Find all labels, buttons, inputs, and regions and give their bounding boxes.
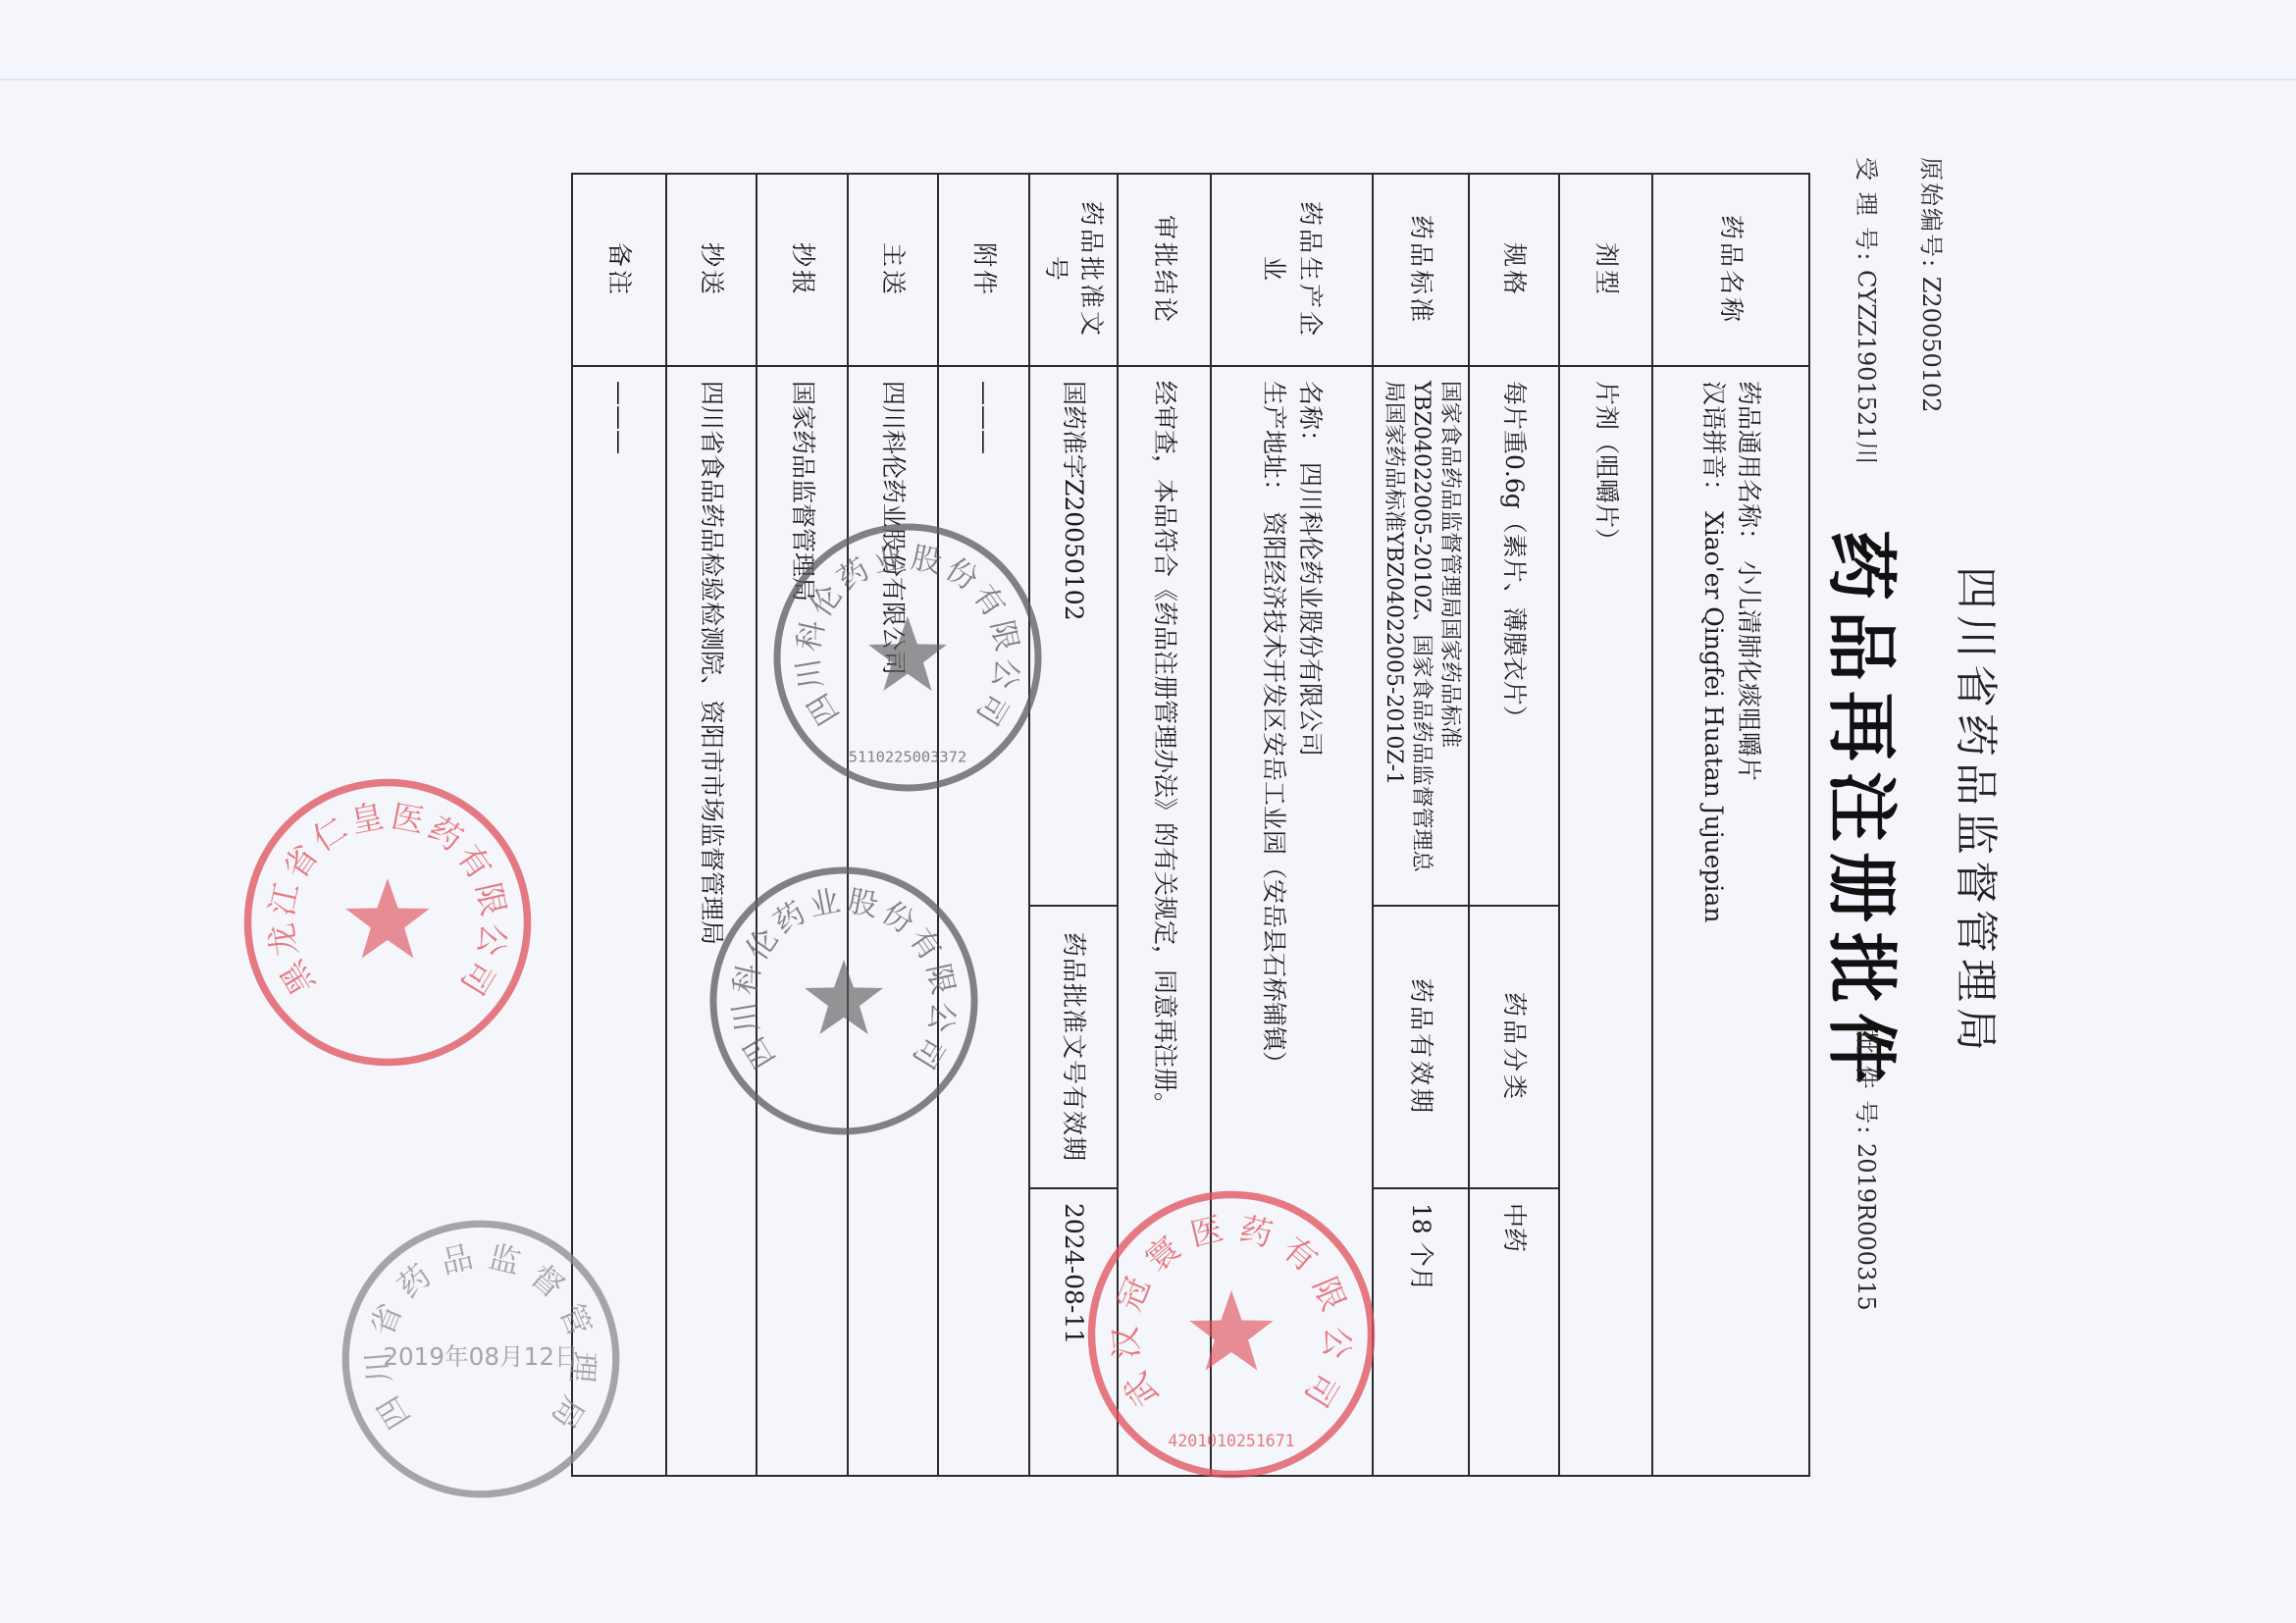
value-main-recipient: 四川科伦药业股份有限公司 — [848, 366, 938, 1476]
row-drug-name: 药品名称 药品通用名称： 小儿清肺化痰咀嚼片 汉语拼音： Xiao'er Qin… — [1652, 174, 1809, 1476]
label-main-recipient: 主送 — [848, 174, 938, 366]
row-standard: 药品标准 国家食品药品监督管理局国家药品标准YBZ04022005-2010Z、… — [1373, 174, 1469, 1476]
svg-text:医: 医 — [389, 797, 428, 841]
svg-text:皇: 皇 — [347, 797, 387, 841]
svg-text:药: 药 — [391, 1257, 439, 1306]
row-copy-to: 抄送 四川省食品药品检验检测院、资阳市市场监督管理局 — [666, 174, 757, 1476]
svg-text:2019年08月12日: 2019年08月12日 — [383, 1342, 578, 1371]
value-manufacturer: 名称： 四川科伦药业股份有限公司 生产地址： 资阳经济技术开发区安岳工业园（安岳… — [1211, 366, 1373, 1476]
red-company-seal: 黑龙江省仁皇医药有限公司 — [240, 775, 535, 1070]
generic-name: 药品通用名称： 小儿清肺化痰咀嚼片 — [1731, 381, 1766, 1461]
svg-text:省: 省 — [363, 1298, 409, 1341]
value-copy-to: 四川省食品药品检验检测院、资阳市市场监督管理局 — [666, 366, 757, 1476]
row-specification: 规格 每片重0.6g（素片、薄膜衣片） 药品分类 中药 — [1469, 174, 1559, 1476]
svg-text:龙: 龙 — [262, 920, 305, 959]
registration-table: 药品名称 药品通用名称： 小儿清肺化痰咀嚼片 汉语拼音： Xiao'er Qin… — [571, 173, 1810, 1477]
label-approval-validity: 药品批准文号有效期 — [1029, 906, 1118, 1188]
svg-text:司: 司 — [453, 954, 502, 1002]
svg-text:黑: 黑 — [272, 953, 322, 1001]
label-drug-category: 药品分类 — [1469, 906, 1559, 1188]
label-attachment: 附件 — [938, 174, 1029, 366]
svg-text:公: 公 — [471, 920, 514, 959]
svg-text:督: 督 — [523, 1257, 571, 1306]
value-standard: 国家食品药品监督管理局国家药品标准YBZ04022005-2010Z、国家食品药… — [1373, 366, 1469, 906]
approval-document-number: 批 件 号: 2019R000315 — [1852, 1030, 1886, 1311]
label-specification: 规格 — [1469, 174, 1559, 366]
value-specification: 每片重0.6g（素片、薄膜衣片） — [1469, 366, 1559, 906]
label-manufacturer: 药品生产企业 — [1211, 174, 1373, 366]
original-number: 原始编号: Z20050102 — [1916, 157, 1951, 413]
svg-text:药: 药 — [422, 809, 470, 859]
svg-text:监: 监 — [485, 1237, 524, 1281]
manufacturer-name: 名称： 四川科伦药业股份有限公司 — [1292, 381, 1328, 1461]
label-report-to: 抄报 — [757, 174, 848, 366]
label-standard: 药品标准 — [1373, 174, 1469, 366]
value-approval-number: 国药准字Z20050102 — [1029, 366, 1118, 906]
value-report-to: 国家药品监督管理局 — [757, 366, 848, 1476]
svg-text:省: 省 — [276, 838, 326, 886]
row-approval-number: 药品批准文号 国药准字Z20050102 药品批准文号有效期 2024-08-1… — [1029, 174, 1118, 1476]
row-manufacturer: 药品生产企业 名称： 四川科伦药业股份有限公司 生产地址： 资阳经济技术开发区安… — [1211, 174, 1373, 1476]
svg-text:川: 川 — [359, 1350, 398, 1385]
value-approval-validity: 2024-08-11 — [1029, 1188, 1118, 1476]
label-remarks: 备注 — [572, 174, 666, 366]
value-drug-name: 药品通用名称： 小儿清肺化痰咀嚼片 汉语拼音： Xiao'er Qingfei … — [1652, 366, 1809, 1476]
svg-text:四: 四 — [369, 1389, 417, 1436]
row-dosage-form: 剂型 片剂（咀嚼片） — [1559, 174, 1652, 1476]
svg-text:品: 品 — [438, 1237, 477, 1281]
label-drug-name: 药品名称 — [1652, 174, 1809, 366]
value-drug-category: 中药 — [1469, 1188, 1559, 1476]
svg-text:江: 江 — [262, 879, 306, 919]
svg-text:有: 有 — [449, 838, 499, 886]
row-remarks: 备注 ——— — [572, 174, 666, 1476]
value-dosage-form: 片剂（咀嚼片） — [1559, 366, 1652, 1476]
issuing-agency: 四川省药品监督管理局 — [1949, 0, 2011, 1623]
label-conclusion: 审批结论 — [1118, 174, 1211, 366]
label-approval-number: 药品批准文号 — [1029, 174, 1118, 366]
value-conclusion: 经审查，本品符合《药品注册管理办法》的有关规定，同意再注册。 — [1118, 366, 1211, 1476]
pinyin-name: 汉语拼音： Xiao'er Qingfei Huatan Jujuepian — [1696, 381, 1731, 1461]
row-report-to: 抄报 国家药品监督管理局 — [757, 174, 848, 1476]
value-shelf-life: 18 个月 — [1373, 1188, 1469, 1476]
svg-text:限: 限 — [469, 879, 513, 919]
value-remarks: ——— — [572, 366, 666, 1476]
document-page: 四川省药品监督管理局 药品再注册批件 原始编号: Z20050102 受 理 号… — [0, 0, 2296, 1623]
svg-text:仁: 仁 — [305, 809, 353, 859]
manufacturer-address: 生产地址： 资阳经济技术开发区安岳工业园（安岳县石桥铺镇） — [1256, 381, 1291, 1461]
label-dosage-form: 剂型 — [1559, 174, 1652, 366]
row-attachment: 附件 ——— — [938, 174, 1029, 1476]
acceptance-number: 受 理 号: CYZZ1901521川 — [1852, 157, 1886, 464]
label-copy-to: 抄送 — [666, 174, 757, 366]
row-conclusion: 审批结论 经审查，本品符合《药品注册管理办法》的有关规定，同意再注册。 — [1118, 174, 1211, 1476]
label-shelf-life: 药品有效期 — [1373, 906, 1469, 1188]
scan-artifact-line — [0, 79, 2296, 80]
value-attachment: ——— — [938, 366, 1029, 1476]
row-main-recipient: 主送 四川科伦药业股份有限公司 — [848, 174, 938, 1476]
